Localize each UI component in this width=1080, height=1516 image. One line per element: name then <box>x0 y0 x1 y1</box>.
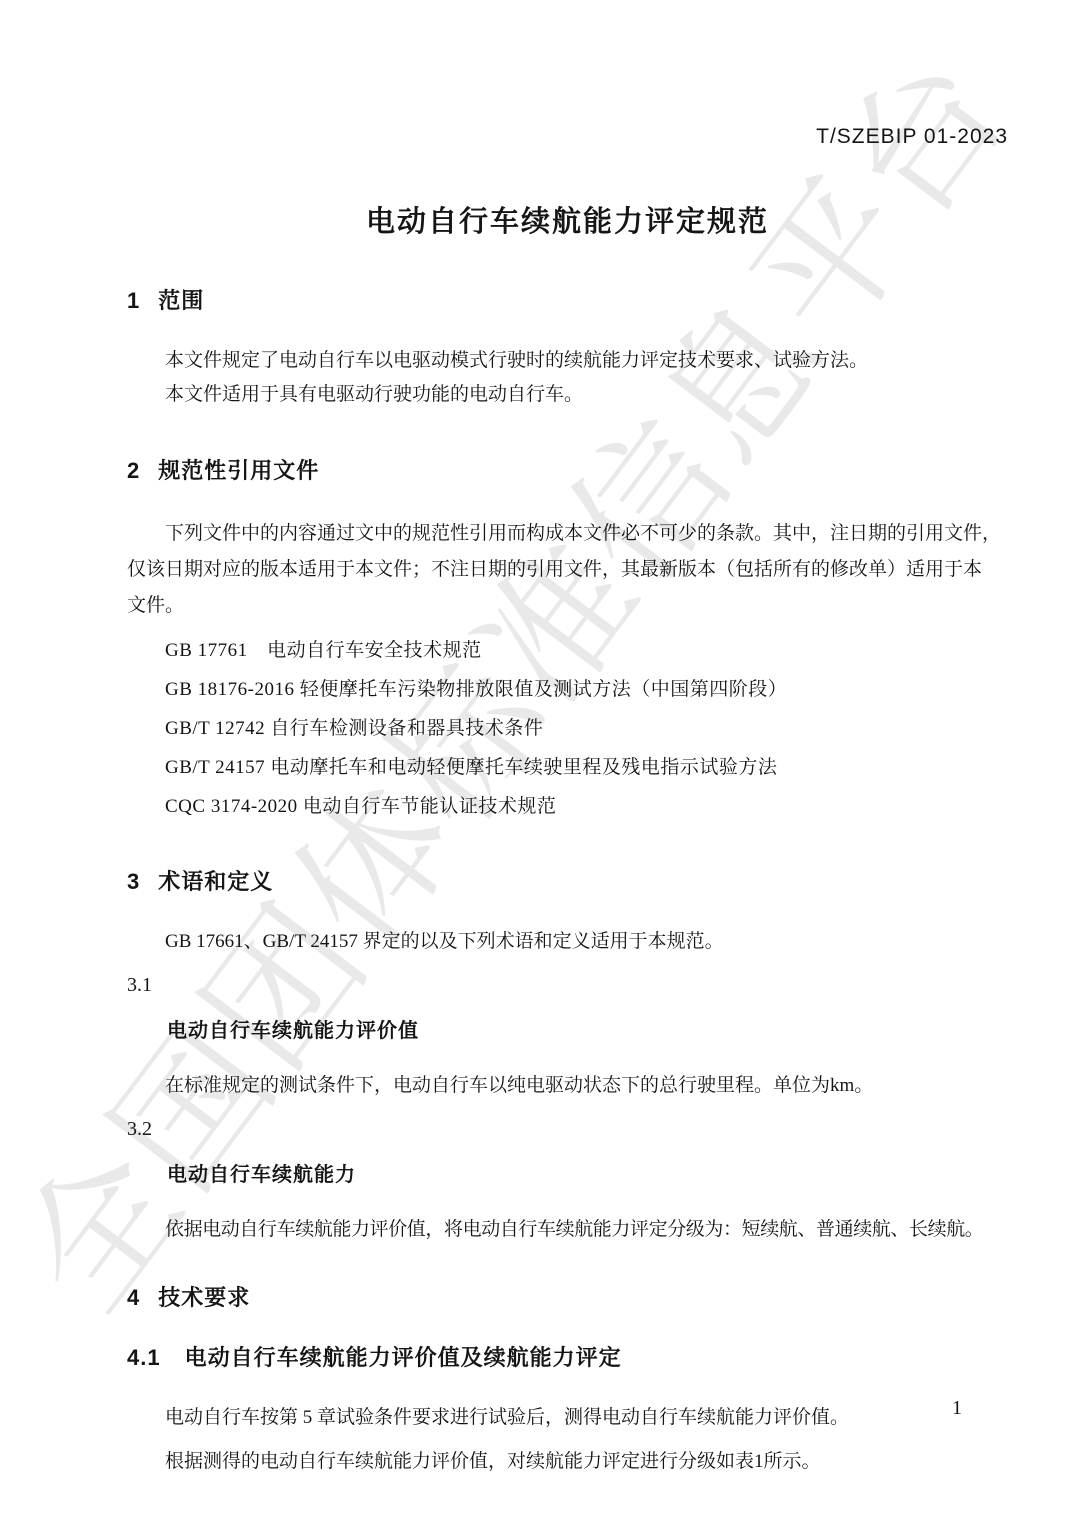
reference-item: CQC 3174-2020 电动自行车节能认证技术规范 <box>127 795 1008 819</box>
document-page: 全国团体标准信息平台 T/SZEBIP 01-2023 电动自行车续航能力评定规… <box>0 0 1080 1516</box>
reference-item: GB 17761 电动自行车安全技术规范 <box>127 639 1008 663</box>
section-number: 1 <box>127 288 140 313</box>
doc-number: T/SZEBIP 01-2023 <box>127 126 1008 148</box>
term-3-2-number: 3.2 <box>127 1117 1008 1141</box>
scope-paragraph-2: 本文件适用于具有电驱动行驶功能的电动自行车。 <box>127 378 1008 412</box>
section-3-heading: 3术语和定义 <box>127 869 1008 895</box>
reference-item: GB 18176-2016 轻便摩托车污染物排放限值及测试方法（中国第四阶段） <box>127 678 1008 702</box>
section-title: 规范性引用文件 <box>158 458 319 483</box>
term-3-1-number: 3.1 <box>127 973 1008 997</box>
section-number: 2 <box>127 458 140 483</box>
section-title: 技术要求 <box>158 1285 250 1310</box>
section-title: 电动自行车续航能力评价值及续航能力评定 <box>185 1345 622 1370</box>
term-3-1-name: 电动自行车续航能力评价值 <box>127 1019 1008 1043</box>
section-4-1-heading: 4.1电动自行车续航能力评价值及续航能力评定 <box>127 1345 1008 1371</box>
scope-paragraph-1: 本文件规定了电动自行车以电驱动模式行驶时的续航能力评定技术要求、试验方法。 <box>127 344 1008 378</box>
page-number: 1 <box>952 1397 962 1420</box>
section-title: 术语和定义 <box>158 869 273 894</box>
section-4-heading: 4技术要求 <box>127 1285 1008 1311</box>
section-4-1-paragraph-1: 电动自行车按第 5 章试验条件要求进行试验后，测得电动自行车续航能力评价值。 <box>127 1401 1008 1435</box>
terms-intro: GB 17661、GB/T 24157 界定的以及下列术语和定义适用于本规范。 <box>127 925 1008 959</box>
section-number: 4 <box>127 1285 140 1310</box>
section-2-heading: 2规范性引用文件 <box>127 458 1008 484</box>
document-title: 电动自行车续航能力评定规范 <box>127 204 1008 240</box>
section-4-1-paragraph-2: 根据测得的电动自行车续航能力评价值，对续航能力评定进行分级如表1所示。 <box>127 1445 1008 1479</box>
term-3-2-definition: 依据电动自行车续航能力评价值，将电动自行车续航能力评定分级为：短续航、普通续航、… <box>127 1213 1008 1247</box>
section-number: 3 <box>127 869 140 894</box>
reference-list: GB 17761 电动自行车安全技术规范 GB 18176-2016 轻便摩托车… <box>127 639 1008 819</box>
section-title: 范围 <box>158 288 204 313</box>
term-3-1-definition: 在标准规定的测试条件下，电动自行车以纯电驱动状态下的总行驶里程。单位为km。 <box>127 1069 1008 1103</box>
section-1-heading: 1范围 <box>127 288 1008 314</box>
reference-item: GB/T 12742 自行车检测设备和器具技术条件 <box>127 717 1008 741</box>
reference-item: GB/T 24157 电动摩托车和电动轻便摩托车续驶里程及残电指示试验方法 <box>127 756 1008 780</box>
page-content: T/SZEBIP 01-2023 电动自行车续航能力评定规范 1范围 本文件规定… <box>0 0 1080 1479</box>
section-number: 4.1 <box>127 1345 161 1370</box>
term-3-2-name: 电动自行车续航能力 <box>127 1163 1008 1187</box>
normative-references-intro: 下列文件中的内容通过文中的规范性引用而构成本文件必不可少的条款。其中，注日期的引… <box>127 516 1008 624</box>
